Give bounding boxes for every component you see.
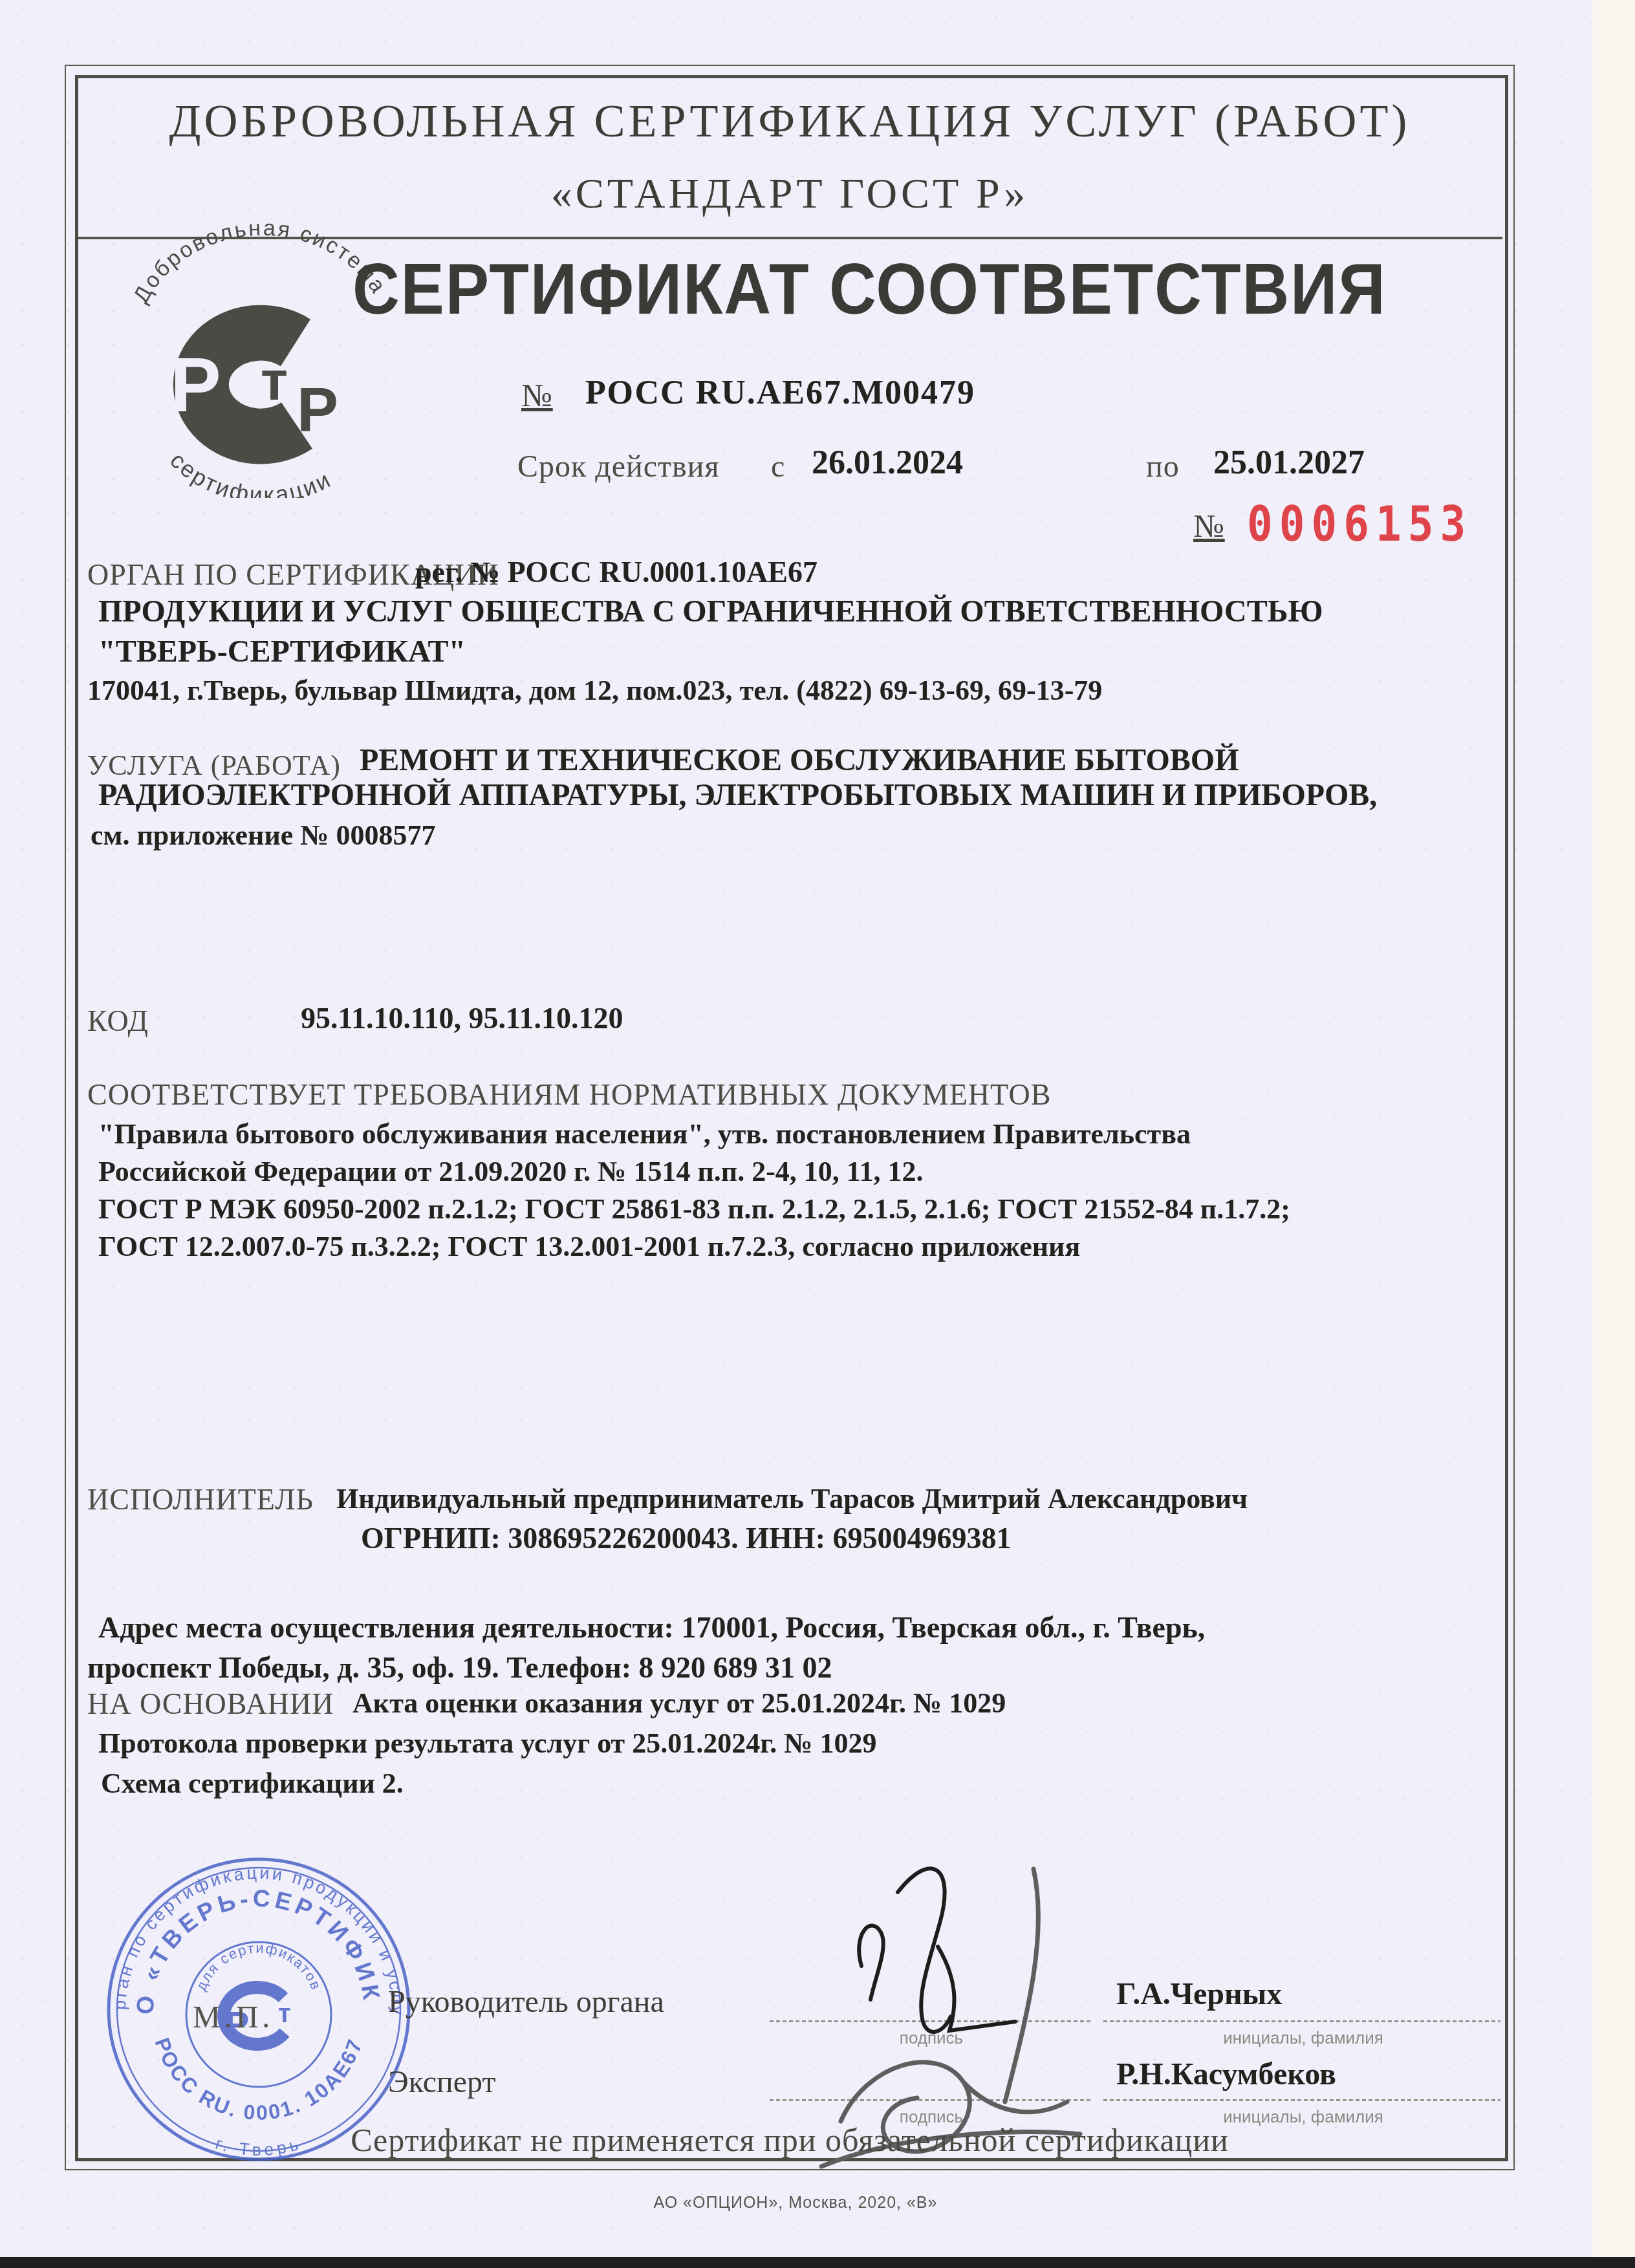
logo-letter-r: Р: [297, 375, 338, 444]
signature-name-expert: Р.Н.Касумбеков: [1116, 2057, 1336, 2092]
signature-ink-head: [859, 1868, 1015, 2032]
certificate-page: ДОБРОВОЛЬНАЯ СЕРТИФИКАЦИЯ УСЛУГ (РАБОТ) …: [0, 0, 1635, 2268]
cert-number-value: РОСС RU.AE67.M00479: [585, 374, 975, 412]
basis-label: НА ОСНОВАНИИ: [87, 1687, 334, 1721]
executor-line2: ОГРНИП: 308695226200043. ИНН: 6950049693…: [361, 1521, 1011, 1555]
organ-line3: "ТВЕРЬ-СЕРТИФИКАТ": [98, 634, 466, 669]
conforms-line4: ГОСТ 12.2.007.0-75 п.3.2.2; ГОСТ 13.2.00…: [98, 1230, 1080, 1263]
logo-emblem: Р т Р: [170, 333, 338, 444]
footer-note: Сертификат не применяется при обязательн…: [78, 2121, 1501, 2159]
organ-line2: ПРОДУКЦИИ И УСЛУГ ОБЩЕСТВА С ОГРАНИЧЕННО…: [98, 594, 1323, 629]
address-line2: проспект Победы, д. 35, оф. 19. Телефон:…: [87, 1650, 832, 1685]
header-line-2: «СТАНДАРТ ГОСТ Р»: [78, 169, 1501, 219]
blank-number-value: 0006153: [1247, 497, 1472, 552]
name-sublabel-head: инициалы, фамилия: [1196, 2028, 1410, 2048]
conforms-line2: Российской Федерации от 21.09.2020 г. № …: [98, 1155, 923, 1188]
stamp-place-label: М.П.: [193, 2000, 274, 2035]
basis-line3: Схема сертификации 2.: [101, 1767, 404, 1800]
code-label: КОД: [87, 1004, 149, 1038]
stamp-center-t: т: [278, 2000, 291, 2028]
conforms-label: СООТВЕТСТВУЕТ ТРЕБОВАНИЯМ НОРМАТИВНЫХ ДО…: [87, 1077, 1051, 1112]
cert-number-label: №: [521, 376, 553, 414]
validity-to-date: 25.01.2027: [1213, 444, 1365, 482]
logo-letter-t: т: [261, 350, 288, 412]
blank-number-label: №: [1193, 507, 1225, 545]
basis-line1: Акта оценки оказания услуг от 25.01.2024…: [352, 1687, 1006, 1720]
printing-house-imprint: АО «ОПЦИОН», Москва, 2020, «В»: [0, 2194, 1591, 2212]
executor-line1: Индивидуальный предприниматель Тарасов Д…: [336, 1482, 1248, 1515]
name-line-head: [1103, 2020, 1500, 2022]
conforms-line3: ГОСТ Р МЭК 60950-2002 п.2.1.2; ГОСТ 2586…: [98, 1193, 1290, 1226]
certificate-title: СЕРТИФИКАТ СООТВЕТСТВИЯ: [352, 247, 1387, 330]
service-line1: РЕМОНТ И ТЕХНИЧЕСКОЕ ОБСЛУЖИВАНИЕ БЫТОВО…: [360, 742, 1239, 778]
service-line3: см. приложение № 0008577: [91, 819, 436, 852]
validity-label: Срок действия: [517, 449, 719, 484]
logo-letter-p-white: Р: [170, 343, 221, 428]
validity-from-date: 26.01.2024: [812, 444, 963, 482]
name-line-expert: [1103, 2099, 1500, 2101]
conforms-line1: "Правила бытового обслуживания населения…: [98, 1118, 1191, 1150]
scan-bottom-edge: [0, 2257, 1635, 2268]
validity-from-prefix: с: [771, 449, 785, 484]
address-line1: Адрес места осуществления деятельности: …: [98, 1610, 1205, 1645]
organ-address: 170041, г.Тверь, бульвар Шмидта, дом 12,…: [87, 674, 1102, 707]
scan-paper-edge: [1592, 0, 1635, 2268]
signature-role-head: Руководитель органа: [388, 1984, 664, 2020]
code-value: 95.11.10.110, 95.11.10.120: [301, 1001, 623, 1035]
header-line-1: ДОБРОВОЛЬНАЯ СЕРТИФИКАЦИЯ УСЛУГ (РАБОТ): [78, 94, 1501, 148]
service-line2: РАДИОЭЛЕКТРОННОЙ АППАРАТУРЫ, ЭЛЕКТРОБЫТО…: [98, 777, 1377, 813]
organ-reg-number: рег. № РОСС RU.0001.10АЕ67: [415, 555, 817, 589]
basis-line2: Протокола проверки результата услуг от 2…: [98, 1727, 876, 1760]
signature-role-expert: Эксперт: [388, 2064, 495, 2100]
executor-label: ИСПОЛНИТЕЛЬ: [87, 1482, 314, 1517]
validity-to-prefix: по: [1146, 449, 1180, 484]
